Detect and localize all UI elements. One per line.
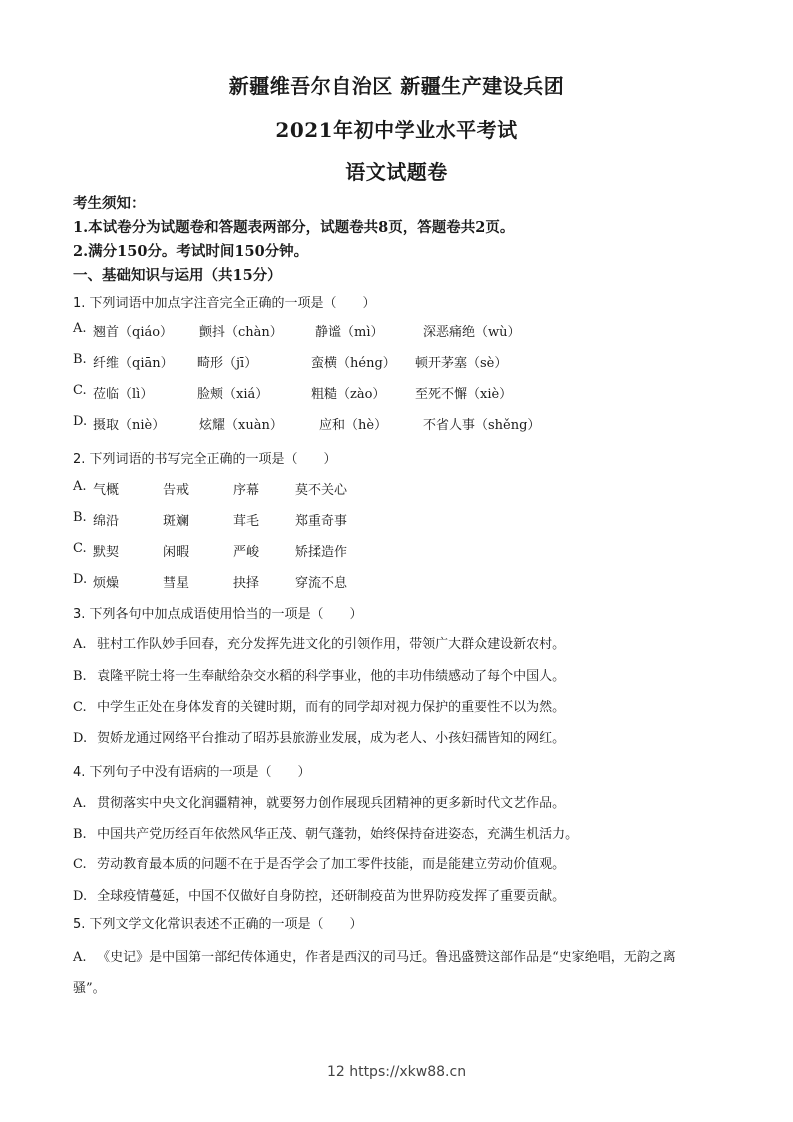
question-3-option-c: C. 中学生正处在身体发育的关键时期，而有的同学却对视力保护的重要性不以为然。 <box>73 696 565 715</box>
option-text: 中国共产党历经百年依然风华正茂、朝气蓬勃，始终保持奋进姿态，充满生机活力。 <box>97 827 578 842</box>
question-5-option-a-continued: 骚”。 <box>73 977 106 996</box>
option-item: 茸毛 <box>233 510 259 529</box>
notice-item-1: 1.本试卷分为试题卷和答题表两部分，试题卷共8页，答题卷共2页。 <box>73 216 514 237</box>
question-4-option-d: D. 全球疫情蔓延，中国不仅做好自身防控，还研制疫苗为世界防疫发挥了重要贡献。 <box>73 885 565 904</box>
option-item: 至死不懈（xiè） <box>415 383 512 402</box>
option-item: 静谧（mì） <box>315 321 384 340</box>
option-label: B. <box>73 669 93 684</box>
option-label: C. <box>73 541 93 556</box>
option-item: 绵沿 <box>93 510 119 529</box>
option-item: 严峻 <box>233 541 259 560</box>
option-item: 摄取（niè） <box>93 414 165 433</box>
exam-title-year: 2021年初中学业水平考试 <box>0 114 793 143</box>
option-text: 贺娇龙通过网络平台推动了昭苏县旅游业发展，成为老人、小孩妇孺皆知的网红。 <box>97 731 565 746</box>
option-item: 莫不关心 <box>295 479 347 498</box>
option-label: A. <box>73 479 93 494</box>
exam-title-subject: 语文试题卷 <box>0 156 793 185</box>
option-item: 顿开茅塞（sè） <box>415 352 507 371</box>
option-text: 全球疫情蔓延，中国不仅做好自身防控，还研制疫苗为世界防疫发挥了重要贡献。 <box>97 889 565 904</box>
question-2-option-c: C. 默契 闲暇 严峻 矫揉造作 <box>73 541 93 556</box>
option-item: 纤维（qiān） <box>93 352 174 371</box>
option-item: 脸颊（xiá） <box>197 383 268 402</box>
question-1-option-d: D. 摄取（niè） 炫耀（xuàn） 应和（hè） 不省人事（shěng） <box>73 414 93 429</box>
question-1-stem: 1. 下列词语中加点字注音完全正确的一项是（ ） <box>73 292 376 311</box>
option-item: 粗糙（zào） <box>311 383 385 402</box>
question-5-stem: 5. 下列文学文化常识表述不正确的一项是（ ） <box>73 913 363 932</box>
option-item: 应和（hè） <box>319 414 387 433</box>
option-label: B. <box>73 510 93 525</box>
option-item: 抉择 <box>233 572 259 591</box>
option-item: 烦燥 <box>93 572 119 591</box>
option-label: A. <box>73 637 93 652</box>
question-1-option-c: C. 莅临（lì） 脸颊（xiá） 粗糙（zào） 至死不懈（xiè） <box>73 383 93 398</box>
option-item: 颤抖（chàn） <box>199 321 283 340</box>
question-4-option-c: C. 劳动教育最本质的问题不在于是否学会了加工零件技能，而是能建立劳动价值观。 <box>73 853 565 872</box>
question-3-option-d: D. 贺娇龙通过网络平台推动了昭苏县旅游业发展，成为老人、小孩妇孺皆知的网红。 <box>73 727 565 746</box>
option-label: C. <box>73 857 93 872</box>
question-4-option-a: A. 贯彻落实中央文化润疆精神，就要努力创作展现兵团精神的更多新时代文艺作品。 <box>73 792 565 811</box>
question-2-option-d: D. 烦燥 彗星 抉择 穿流不息 <box>73 572 93 587</box>
section-heading: 一、基础知识与运用（共15分） <box>73 264 282 285</box>
option-item: 深恶痛绝（wù） <box>423 321 521 340</box>
question-2-stem: 2. 下列词语的书写完全正确的一项是（ ） <box>73 448 337 467</box>
option-label: D. <box>73 731 93 746</box>
option-item: 斑斓 <box>163 510 189 529</box>
option-item: 矫揉造作 <box>295 541 347 560</box>
option-item: 序幕 <box>233 479 259 498</box>
option-item: 翘首（qiáo） <box>93 321 173 340</box>
question-2-option-a: A. 气概 告戒 序幕 莫不关心 <box>73 479 93 494</box>
option-label: A. <box>73 321 93 336</box>
notice-heading: 考生须知： <box>73 192 146 213</box>
question-2-option-b: B. 绵沿 斑斓 茸毛 郑重奇事 <box>73 510 93 525</box>
option-item: 炫耀（xuàn） <box>199 414 283 433</box>
option-text: 驻村工作队妙手回春，充分发挥先进文化的引领作用，带领广大群众建设新农村。 <box>97 637 565 652</box>
option-item: 默契 <box>93 541 119 560</box>
option-item: 穿流不息 <box>295 572 347 591</box>
option-item: 彗星 <box>163 572 189 591</box>
question-4-option-b: B. 中国共产党历经百年依然风华正茂、朝气蓬勃，始终保持奋进姿态，充满生机活力。 <box>73 823 578 842</box>
option-label: D. <box>73 572 93 587</box>
option-item: 蛮横（héng） <box>311 352 396 371</box>
question-3-option-a: A. 驻村工作队妙手回春，充分发挥先进文化的引领作用，带领广大群众建设新农村。 <box>73 633 565 652</box>
option-text: 中学生正处在身体发育的关键时期，而有的同学却对视力保护的重要性不以为然。 <box>97 700 565 715</box>
option-text: 劳动教育最本质的问题不在于是否学会了加工零件技能，而是能建立劳动价值观。 <box>97 857 565 872</box>
page-footer: 12 https://xkw88.cn <box>0 1064 793 1080</box>
question-4-stem: 4. 下列句子中没有语病的一项是（ ） <box>73 761 311 780</box>
notice-item-2: 2.满分150分。考试时间150分钟。 <box>73 240 308 261</box>
question-1-option-a: A. 翘首（qiáo） 颤抖（chàn） 静谧（mì） 深恶痛绝（wù） <box>73 321 93 336</box>
option-label: A. <box>73 796 93 811</box>
question-1-option-b: B. 纤维（qiān） 畸形（jī） 蛮横（héng） 顿开茅塞（sè） <box>73 352 93 367</box>
question-3-option-b: B. 袁隆平院士将一生奉献给杂交水稻的科学事业，他的丰功伟绩感动了每个中国人。 <box>73 665 565 684</box>
option-text: 《史记》是中国第一部纪传体通史，作者是西汉的司马迁。鲁迅盛赞这部作品是“史家绝唱… <box>97 950 676 965</box>
option-item: 不省人事（shěng） <box>423 414 540 433</box>
option-text: 贯彻落实中央文化润疆精神，就要努力创作展现兵团精神的更多新时代文艺作品。 <box>97 796 565 811</box>
option-label: B. <box>73 352 93 367</box>
option-item: 气概 <box>93 479 119 498</box>
question-5-option-a: A. 《史记》是中国第一部纪传体通史，作者是西汉的司马迁。鲁迅盛赞这部作品是“史… <box>73 946 676 965</box>
option-item: 告戒 <box>163 479 189 498</box>
option-item: 畸形（jī） <box>197 352 257 371</box>
exam-title-region: 新疆维吾尔自治区 新疆生产建设兵团 <box>0 70 793 99</box>
option-item: 闲暇 <box>163 541 189 560</box>
question-3-stem: 3. 下列各句中加点成语使用恰当的一项是（ ） <box>73 603 363 622</box>
option-label: B. <box>73 827 93 842</box>
option-label: C. <box>73 383 93 398</box>
option-label: D. <box>73 889 93 904</box>
option-label: A. <box>73 950 93 965</box>
option-text: 袁隆平院士将一生奉献给杂交水稻的科学事业，他的丰功伟绩感动了每个中国人。 <box>97 669 565 684</box>
option-label: C. <box>73 700 93 715</box>
option-label: D. <box>73 414 93 429</box>
option-item: 莅临（lì） <box>93 383 153 402</box>
option-item: 郑重奇事 <box>295 510 347 529</box>
